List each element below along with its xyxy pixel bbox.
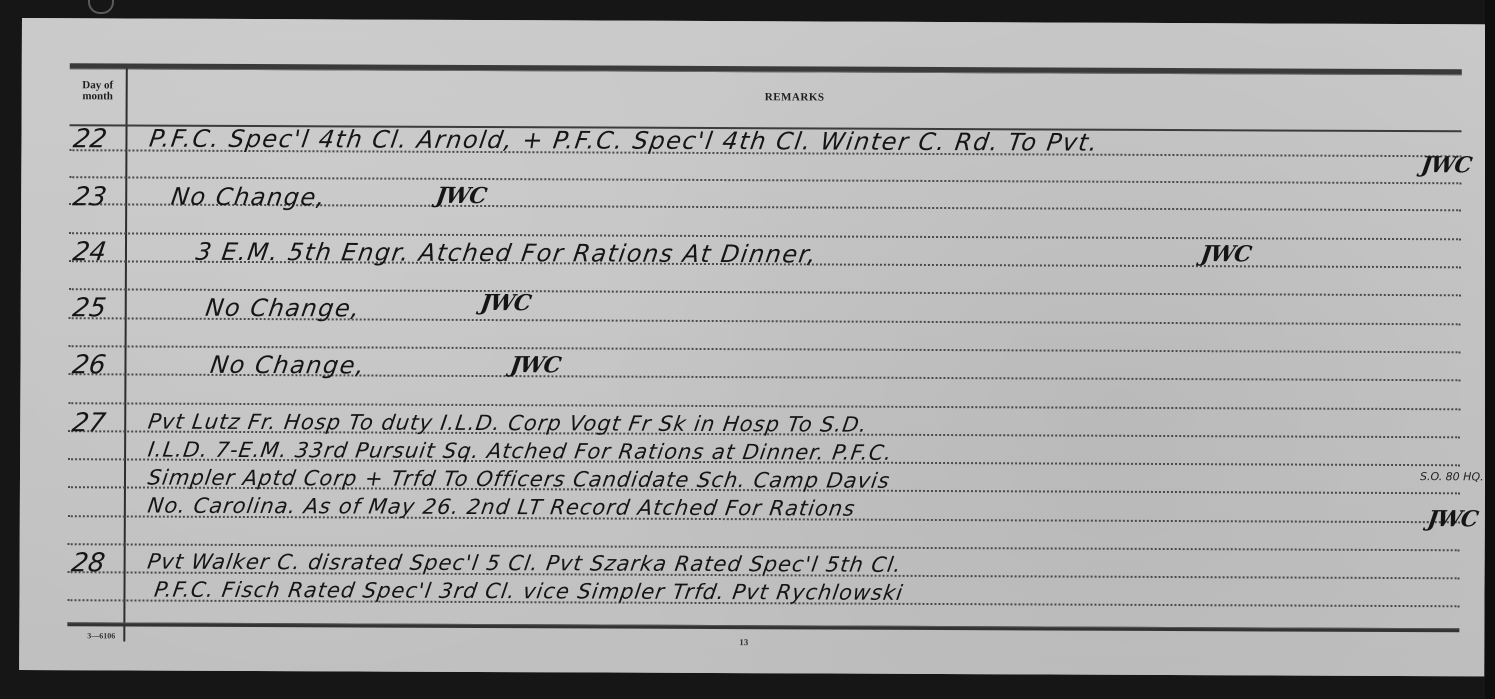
initials: JWC bbox=[479, 290, 532, 316]
day-number: 25 bbox=[71, 293, 108, 323]
remark-line: Simpler Aptd Corp + Trfd To Officers Can… bbox=[146, 466, 892, 493]
initials: JWC bbox=[1199, 241, 1252, 267]
initials: JWC bbox=[434, 183, 487, 209]
remark-line: No. Carolina. As of May 26. 2nd LT Recor… bbox=[146, 494, 857, 521]
remarks-header: REMARKS bbox=[128, 88, 1462, 106]
initials: JWC bbox=[1426, 506, 1479, 532]
remark-line: No Change, bbox=[204, 294, 363, 323]
day-of-month-header: Day of month bbox=[70, 80, 126, 102]
remark-line: Pvt Lutz Fr. Hosp To duty I.L.D. Corp Vo… bbox=[147, 410, 870, 437]
entry-row: 23 No Change, JWC bbox=[22, 18, 1487, 24]
remark-line: 3 E.M. 5th Engr. Atched For Rations At D… bbox=[194, 238, 819, 269]
day-number: 22 bbox=[71, 124, 108, 154]
ruled-line bbox=[68, 402, 1460, 410]
entry-row: 28 Pvt Walker C. disrated Spec'l 5 Cl. P… bbox=[22, 18, 1487, 24]
day-number: 27 bbox=[70, 408, 107, 438]
morning-report-page: Day of month REMARKS 22 P.F.C. Spec'l 4t… bbox=[19, 18, 1487, 676]
entry-row: 27 Pvt Lutz Fr. Hosp To duty I.L.D. Corp… bbox=[22, 18, 1487, 24]
form-number: 3—6106 bbox=[87, 631, 115, 640]
remark-line: I.L.D. 7-E.M. 33rd Pursuit Sq. Atched Fo… bbox=[146, 438, 894, 465]
remark-line: No Change, bbox=[208, 351, 367, 380]
remark-line: P.F.C. Spec'l 4th Cl. Arnold, + P.F.C. S… bbox=[147, 125, 1100, 157]
entry-row: 26 No Change, JWC bbox=[22, 18, 1487, 24]
day-number: 26 bbox=[70, 350, 107, 380]
initials: JWC bbox=[509, 352, 562, 378]
entry-row: 25 No Change, JWC bbox=[22, 18, 1487, 24]
day-number: 23 bbox=[71, 182, 108, 212]
scanner-mark-icon bbox=[88, 0, 114, 14]
scan-border bbox=[1485, 0, 1495, 699]
margin-note: S.O. 80 HQ. bbox=[1420, 470, 1484, 483]
remark-line: P.F.C. Fisch Rated Spec'l 3rd Cl. vice S… bbox=[153, 578, 905, 605]
page-number: 13 bbox=[739, 637, 748, 647]
initials: JWC bbox=[1419, 152, 1472, 178]
remark-line: No Change, bbox=[169, 183, 328, 212]
day-number: 24 bbox=[71, 237, 108, 267]
bottom-rule bbox=[67, 622, 1459, 632]
entry-row: 22 P.F.C. Spec'l 4th Cl. Arnold, + P.F.C… bbox=[22, 18, 1487, 24]
entry-row: 24 3 E.M. 5th Engr. Atched For Rations A… bbox=[22, 18, 1487, 24]
top-rule bbox=[70, 63, 1462, 75]
day-number: 28 bbox=[69, 548, 106, 578]
remark-line: Pvt Walker C. disrated Spec'l 5 Cl. Pvt … bbox=[146, 550, 904, 577]
column-divider bbox=[123, 68, 128, 641]
